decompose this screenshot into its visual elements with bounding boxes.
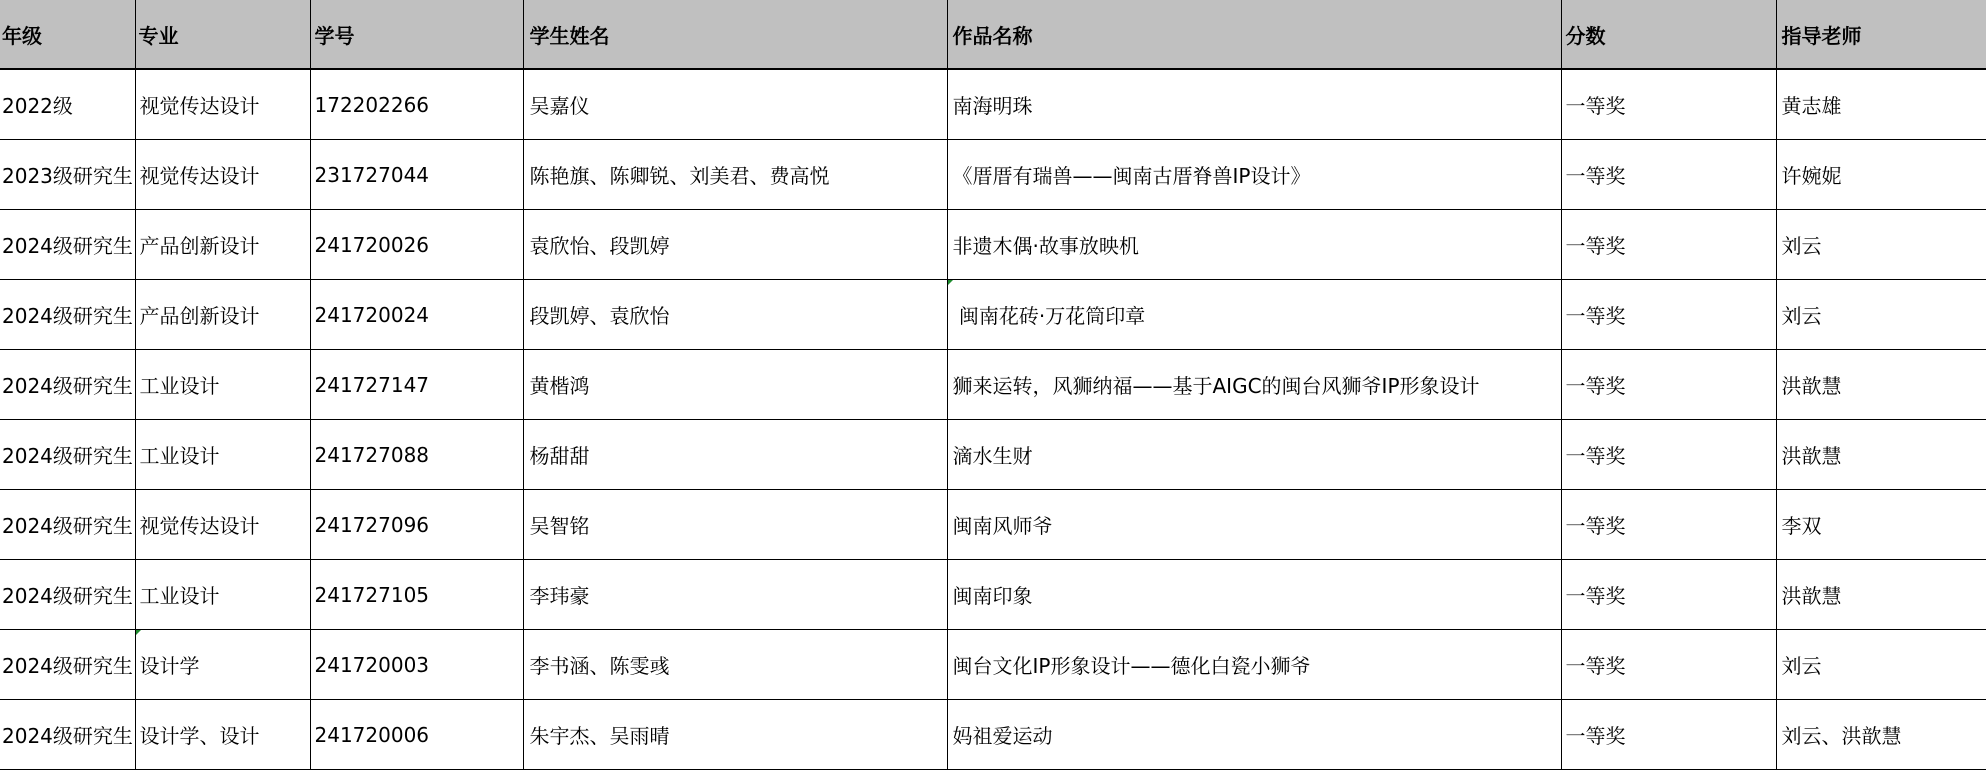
cell-work-title[interactable]: 滴水生财 xyxy=(947,420,1561,490)
cell-student-id[interactable]: 241727096 xyxy=(310,490,523,560)
cell-score[interactable]: 一等奖 xyxy=(1561,350,1776,420)
cell-work-title[interactable]: 闽台文化IP形象设计——德化白瓷小狮爷 xyxy=(947,630,1561,700)
table-row: 2024级研究生 产品创新设计 241720024 段凯婷、袁欣怡 闽南花砖·万… xyxy=(0,280,1986,350)
cell-advisor[interactable]: 刘云 xyxy=(1776,280,1986,350)
table-row: 2024级研究生 视觉传达设计 241727096 吴智铭 闽南风师爷 一等奖 … xyxy=(0,490,1986,560)
cell-score[interactable]: 一等奖 xyxy=(1561,140,1776,210)
cell-major[interactable]: 产品创新设计 xyxy=(135,210,310,280)
cell-work-title[interactable]: 闽南风师爷 xyxy=(947,490,1561,560)
cell-work-title[interactable]: 闽南印象 xyxy=(947,560,1561,630)
error-indicator-icon xyxy=(136,630,141,635)
table-row: 2022级 视觉传达设计 172202266 吴嘉仪 南海明珠 一等奖 黄志雄 xyxy=(0,69,1986,140)
cell-advisor[interactable]: 刘云、洪歆慧 xyxy=(1776,700,1986,770)
cell-major[interactable]: 工业设计 xyxy=(135,420,310,490)
cell-grade[interactable]: 2024级研究生 xyxy=(0,700,135,770)
cell-major[interactable]: 设计学、设计 xyxy=(135,700,310,770)
error-indicator-icon xyxy=(948,280,953,285)
cell-work-title[interactable]: 闽南花砖·万花筒印章 xyxy=(947,280,1561,350)
cell-score[interactable]: 一等奖 xyxy=(1561,560,1776,630)
cell-grade[interactable]: 2022级 xyxy=(0,69,135,140)
cell-grade[interactable]: 2024级研究生 xyxy=(0,280,135,350)
cell-advisor[interactable]: 李双 xyxy=(1776,490,1986,560)
cell-work-title[interactable]: 狮来运转，风狮纳福——基于AIGC的闽台风狮爷IP形象设计 xyxy=(947,350,1561,420)
cell-student-name[interactable]: 陈艳旗、陈卿锐、刘美君、费高悦 xyxy=(523,140,947,210)
cell-advisor[interactable]: 洪歆慧 xyxy=(1776,560,1986,630)
cell-major[interactable]: 设计学 xyxy=(135,630,310,700)
table-row: 2024级研究生 工业设计 241727088 杨甜甜 滴水生财 一等奖 洪歆慧 xyxy=(0,420,1986,490)
header-work-title[interactable]: 作品名称 xyxy=(947,0,1561,69)
cell-grade[interactable]: 2024级研究生 xyxy=(0,420,135,490)
header-score[interactable]: 分数 xyxy=(1561,0,1776,69)
cell-student-name[interactable]: 袁欣怡、段凯婷 xyxy=(523,210,947,280)
cell-student-id[interactable]: 241727147 xyxy=(310,350,523,420)
cell-student-id[interactable]: 241727105 xyxy=(310,560,523,630)
cell-score[interactable]: 一等奖 xyxy=(1561,700,1776,770)
cell-score[interactable]: 一等奖 xyxy=(1561,280,1776,350)
cell-score[interactable]: 一等奖 xyxy=(1561,490,1776,560)
cell-text: 闽南花砖·万花筒印章 xyxy=(953,304,1146,328)
cell-student-name[interactable]: 李玮豪 xyxy=(523,560,947,630)
cell-student-name[interactable]: 杨甜甜 xyxy=(523,420,947,490)
table-row: 2024级研究生 工业设计 241727105 李玮豪 闽南印象 一等奖 洪歆慧 xyxy=(0,560,1986,630)
header-major[interactable]: 专业 xyxy=(135,0,310,69)
cell-text: 设计学 xyxy=(140,654,200,678)
cell-work-title[interactable]: 妈祖爱运动 xyxy=(947,700,1561,770)
cell-advisor[interactable]: 黄志雄 xyxy=(1776,69,1986,140)
cell-grade[interactable]: 2024级研究生 xyxy=(0,630,135,700)
cell-student-name[interactable]: 李书涵、陈雯彧 xyxy=(523,630,947,700)
cell-student-id[interactable]: 241720003 xyxy=(310,630,523,700)
table-row: 2024级研究生 设计学 241720003 李书涵、陈雯彧 闽台文化IP形象设… xyxy=(0,630,1986,700)
header-advisor[interactable]: 指导老师 xyxy=(1776,0,1986,69)
header-student-name[interactable]: 学生姓名 xyxy=(523,0,947,69)
table-row: 2024级研究生 工业设计 241727147 黄楷鸿 狮来运转，风狮纳福——基… xyxy=(0,350,1986,420)
cell-student-id[interactable]: 241720026 xyxy=(310,210,523,280)
cell-grade[interactable]: 2024级研究生 xyxy=(0,560,135,630)
cell-advisor[interactable]: 洪歆慧 xyxy=(1776,350,1986,420)
cell-student-name[interactable]: 吴嘉仪 xyxy=(523,69,947,140)
cell-major[interactable]: 视觉传达设计 xyxy=(135,69,310,140)
cell-score[interactable]: 一等奖 xyxy=(1561,420,1776,490)
cell-work-title[interactable]: 《厝厝有瑞兽——闽南古厝脊兽IP设计》 xyxy=(947,140,1561,210)
cell-student-id[interactable]: 172202266 xyxy=(310,69,523,140)
cell-advisor[interactable]: 许婉妮 xyxy=(1776,140,1986,210)
header-row: 年级 专业 学号 学生姓名 作品名称 分数 指导老师 xyxy=(0,0,1986,69)
cell-work-title[interactable]: 非遗木偶·故事放映机 xyxy=(947,210,1561,280)
cell-grade[interactable]: 2023级研究生 xyxy=(0,140,135,210)
cell-student-id[interactable]: 241727088 xyxy=(310,420,523,490)
cell-advisor[interactable]: 洪歆慧 xyxy=(1776,420,1986,490)
cell-major[interactable]: 视觉传达设计 xyxy=(135,140,310,210)
header-student-id[interactable]: 学号 xyxy=(310,0,523,69)
cell-student-id[interactable]: 231727044 xyxy=(310,140,523,210)
table-row: 2024级研究生 产品创新设计 241720026 袁欣怡、段凯婷 非遗木偶·故… xyxy=(0,210,1986,280)
cell-score[interactable]: 一等奖 xyxy=(1561,69,1776,140)
cell-student-name[interactable]: 黄楷鸿 xyxy=(523,350,947,420)
table-row: 2023级研究生 视觉传达设计 231727044 陈艳旗、陈卿锐、刘美君、费高… xyxy=(0,140,1986,210)
table-row: 2024级研究生 设计学、设计 241720006 朱宇杰、吴雨晴 妈祖爱运动 … xyxy=(0,700,1986,770)
cell-major[interactable]: 工业设计 xyxy=(135,560,310,630)
cell-student-name[interactable]: 吴智铭 xyxy=(523,490,947,560)
cell-student-name[interactable]: 段凯婷、袁欣怡 xyxy=(523,280,947,350)
cell-major[interactable]: 视觉传达设计 xyxy=(135,490,310,560)
cell-advisor[interactable]: 刘云 xyxy=(1776,630,1986,700)
cell-grade[interactable]: 2024级研究生 xyxy=(0,350,135,420)
cell-grade[interactable]: 2024级研究生 xyxy=(0,490,135,560)
cell-major[interactable]: 工业设计 xyxy=(135,350,310,420)
cell-student-name[interactable]: 朱宇杰、吴雨晴 xyxy=(523,700,947,770)
cell-grade[interactable]: 2024级研究生 xyxy=(0,210,135,280)
cell-student-id[interactable]: 241720024 xyxy=(310,280,523,350)
cell-advisor[interactable]: 刘云 xyxy=(1776,210,1986,280)
header-grade[interactable]: 年级 xyxy=(0,0,135,69)
cell-work-title[interactable]: 南海明珠 xyxy=(947,69,1561,140)
awards-table: 年级 专业 学号 学生姓名 作品名称 分数 指导老师 2022级 视觉传达设计 … xyxy=(0,0,1986,770)
cell-major[interactable]: 产品创新设计 xyxy=(135,280,310,350)
cell-score[interactable]: 一等奖 xyxy=(1561,210,1776,280)
cell-score[interactable]: 一等奖 xyxy=(1561,630,1776,700)
cell-student-id[interactable]: 241720006 xyxy=(310,700,523,770)
